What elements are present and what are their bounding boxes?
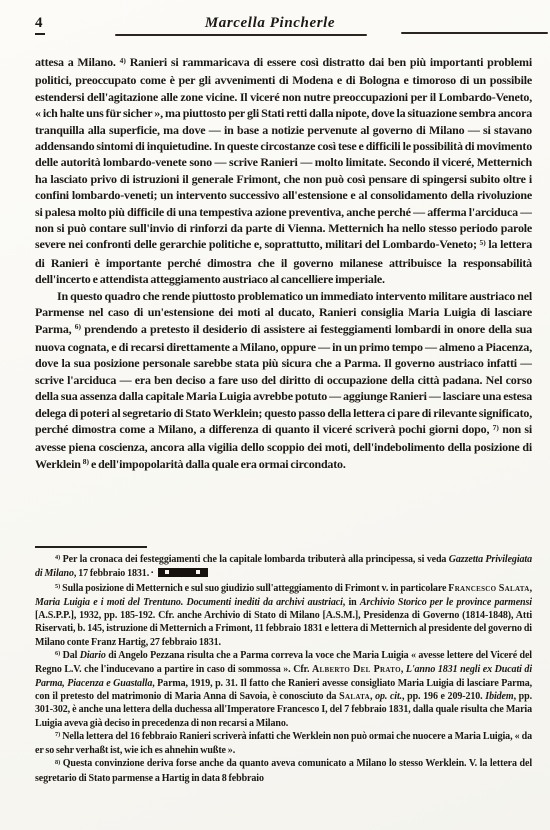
footnote-marker-8: 8) xyxy=(55,759,60,766)
text-run: Salata xyxy=(339,691,370,702)
text-run: Diario xyxy=(80,650,106,661)
text-run: , pp. 196 e 209-210. xyxy=(402,691,485,702)
text-run: attesa a Milano. xyxy=(35,55,120,69)
footnote-5: 5) Sulla posizione di Metternich e sul s… xyxy=(35,582,532,649)
print-mark: ▪ xyxy=(151,569,153,576)
text-run: Per la cronaca dei festeggiamenti che la… xyxy=(60,554,449,565)
page-header: 4 Marcella Pincherle xyxy=(35,13,545,41)
ink-stamp-artifact xyxy=(158,568,208,577)
body-text: attesa a Milano. 4) Ranieri si rammarica… xyxy=(35,54,532,546)
footnote-4: 4) Per la cronaca dei festeggiamenti che… xyxy=(35,553,532,582)
text-run: Sulla posizione di Metternich e sul suo … xyxy=(60,583,448,594)
text-run: e dell'impopolarità dalla quale era orma… xyxy=(89,457,346,471)
footnote-separator xyxy=(35,546,147,548)
text-run: Ibidem xyxy=(485,691,513,702)
footnotes-section: 4) Per la cronaca dei festeggiamenti che… xyxy=(35,553,532,827)
footnote-ref-8: 8) xyxy=(83,457,89,466)
running-title: Marcella Pincherle xyxy=(35,15,505,32)
text-run: op. cit. xyxy=(375,691,402,702)
text-run: Dal xyxy=(60,650,80,661)
text-run: [A.S.P.P.], 1932, pp. 185-192. Cfr. anch… xyxy=(35,610,532,648)
footnote-7: 7) Nella lettera del 16 febbraio Ranieri… xyxy=(35,730,532,758)
scanned-page: 4 Marcella Pincherle attesa a Milano. 4)… xyxy=(0,0,550,830)
text-run: , 17 febbraio 1831. xyxy=(74,568,151,579)
footnote-ref-5: 5) xyxy=(479,238,485,247)
body-paragraph-1: attesa a Milano. 4) Ranieri si rammarica… xyxy=(35,54,532,288)
text-run: Questa convinzione deriva forse anche da… xyxy=(35,758,532,783)
footnote-8: 8) Questa convinzione deriva forse anche… xyxy=(35,757,532,785)
header-rule-right xyxy=(401,32,548,34)
footnote-marker-4: 4) xyxy=(55,554,60,561)
body-paragraph-2: In questo quadro che rende piuttosto pro… xyxy=(35,288,532,474)
text-run: Francesco Salata xyxy=(448,583,529,594)
text-run: Ranieri si rammaricava di essere così di… xyxy=(35,55,532,251)
footnote-marker-5: 5) xyxy=(55,583,60,590)
footnote-6: 6) Dal Diario di Angelo Pezzana risulta … xyxy=(35,649,532,730)
text-run: Alberto Del Prato xyxy=(312,664,401,675)
text-run: Archivio Storico per le province parmens… xyxy=(360,597,532,608)
text-run: prendendo a pretesto il desiderio di ass… xyxy=(35,322,532,436)
footnote-marker-7: 7) xyxy=(55,731,60,738)
footnote-ref-6: 6) xyxy=(75,322,81,331)
text-run: , in xyxy=(343,597,360,608)
text-run: , xyxy=(530,583,532,594)
footnote-ref-4: 4) xyxy=(120,56,126,65)
header-rule-left xyxy=(115,34,367,36)
footnote-ref-7: 7) xyxy=(493,423,499,432)
text-run: Nella lettera del 16 febbraio Ranieri sc… xyxy=(35,731,532,756)
text-run: Maria Luigia e i moti del Trentuno. Docu… xyxy=(35,597,343,608)
footnote-marker-6: 6) xyxy=(55,650,60,657)
